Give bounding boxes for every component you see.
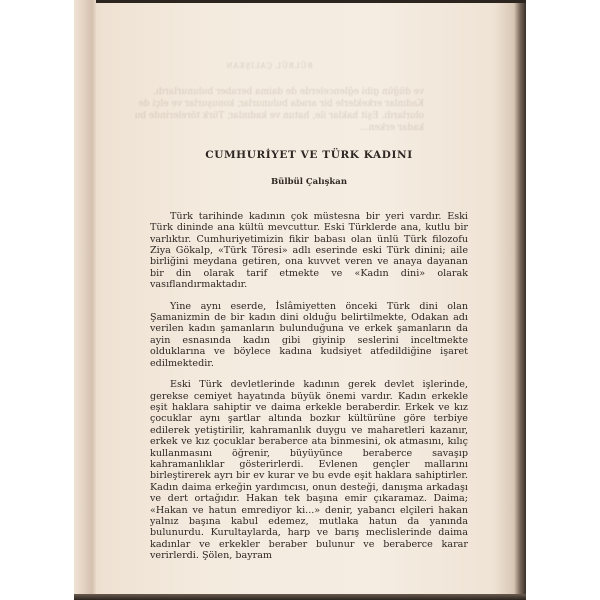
bleed-through-header: BÜLBÜL ÇALIŞKAN bbox=[114, 60, 424, 72]
paragraph: Yine aynı eserde, İslâmiyetten önceki Tü… bbox=[150, 301, 468, 369]
paragraph: Türk tarihinde kadının çok müstesna bir … bbox=[150, 211, 468, 291]
article-author: Bülbül Çalışkan bbox=[150, 177, 468, 188]
paragraph: Eski Türk devletlerinde kadının gerek de… bbox=[150, 379, 468, 562]
article-title: CUMHURİYET VE TÜRK KADINI bbox=[150, 150, 468, 161]
page-fold-shadow bbox=[74, 0, 96, 600]
scanned-book-page: BÜLBÜL ÇALIŞKAN ve düğün gibi eğlenceler… bbox=[74, 0, 526, 600]
bleed-through-body: ve düğün gibi eğlencelerde de daima bera… bbox=[114, 86, 424, 134]
article: CUMHURİYET VE TÜRK KADINI Bülbül Çalışka… bbox=[150, 150, 468, 572]
